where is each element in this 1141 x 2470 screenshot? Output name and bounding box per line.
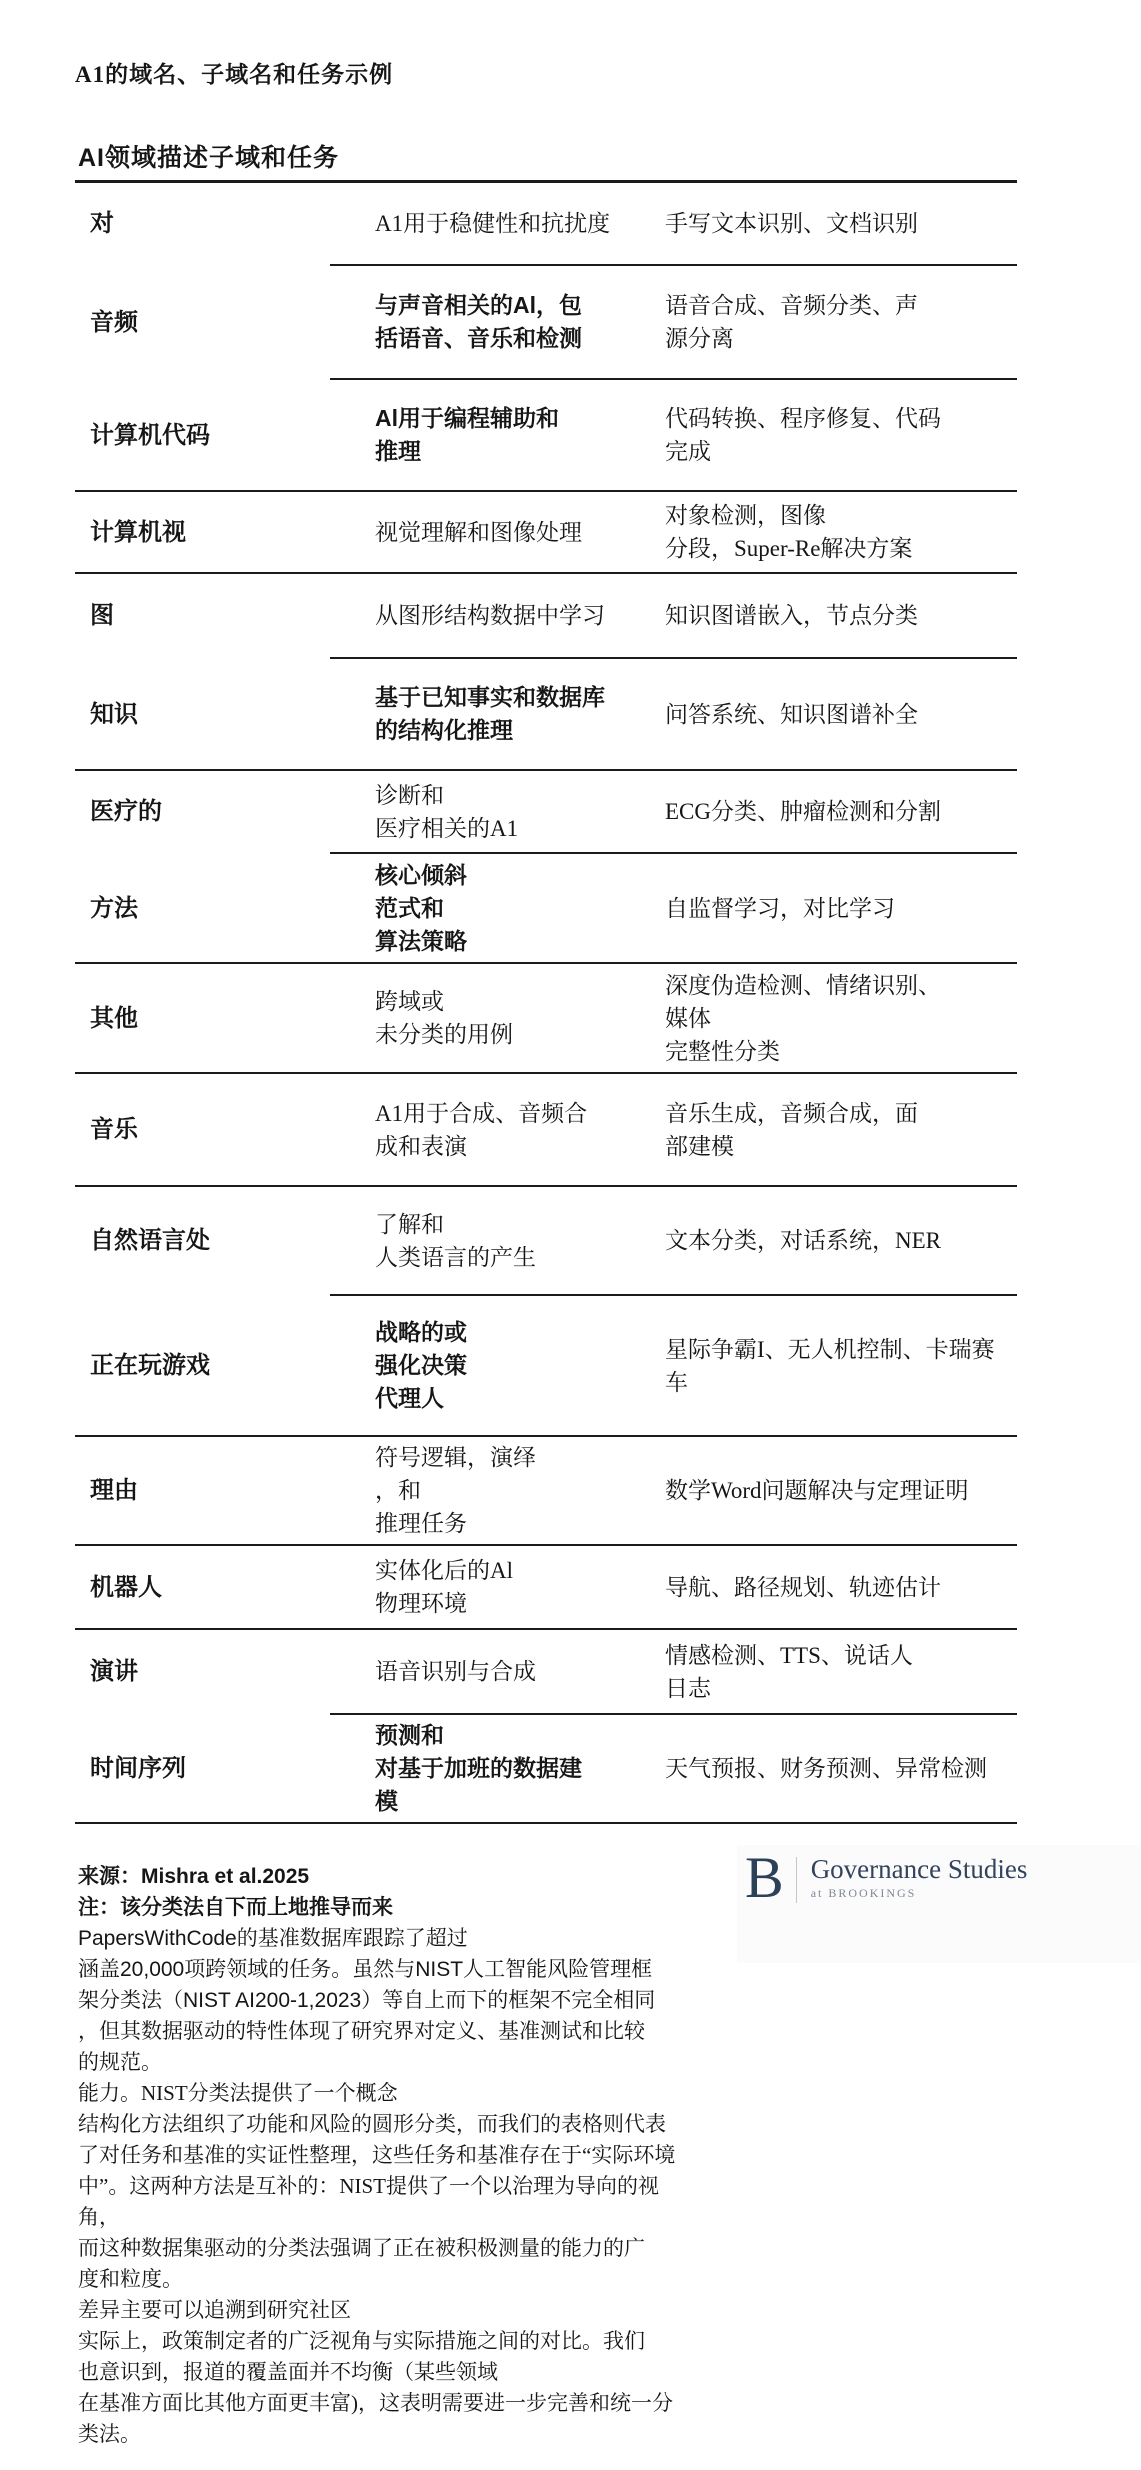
note-line: 差异主要可以追溯到研究社区 [78, 2295, 738, 2326]
description-cell: 实体化后的Al 物理环境 [375, 1550, 665, 1624]
domain-cell: 计算机代码 [75, 415, 375, 456]
logo-subtitle: at BROOKINGS [811, 1886, 1028, 1901]
tasks-cell: 情感检测、TTS、说话人 日志 [665, 1635, 1017, 1709]
page: A1的域名、子域名和任务示例 AI领域描述子域和任务 对 A1用于稳健性和抗扰度… [0, 0, 1141, 2470]
description-cell: A1用于合成、音频合 成和表演 [375, 1093, 665, 1167]
note-line: 度和粒度。 [78, 2264, 738, 2295]
domain-cell: 机器人 [75, 1567, 375, 1608]
table-row: 正在玩游戏 战略的或 强化决策 代理人 星际争霸I、无人机控制、卡瑞赛 车 [75, 1296, 1017, 1435]
description-cell: 战略的或 强化决策 代理人 [375, 1312, 665, 1419]
note-line: 注：该分类法自下而上地推导而来 [78, 1892, 738, 1923]
table-row: 计算机视 视觉理解和图像处理 对象检测，图像 分段，Super-Re解决方案 [75, 492, 1017, 572]
domain-cell: 音乐 [75, 1109, 375, 1150]
domain-cell: 正在玩游戏 [75, 1345, 375, 1386]
note-line: 实际上，政策制定者的广泛视角与实际措施之间的对比。我们 [78, 2326, 738, 2357]
table-row: 自然语言处 了解和 人类语言的产生 文本分类，对话系统，NER [75, 1187, 1017, 1294]
tasks-cell: 文本分类，对话系统，NER [665, 1220, 1017, 1261]
table-header: AI领域描述子域和任务 [78, 138, 339, 174]
brookings-logo: B Governance Studies at BROOKINGS [737, 1845, 1140, 1963]
description-cell: 视觉理解和图像处理 [375, 512, 665, 553]
domain-cell: 时间序列 [75, 1748, 375, 1789]
domain-cell: 理由 [75, 1470, 375, 1511]
tasks-cell: 导航、路径规划、轨迹估计 [665, 1567, 1017, 1608]
domain-cell: 医疗的 [75, 791, 375, 832]
description-cell: A1用于稳健性和抗扰度 [375, 203, 665, 244]
description-cell: 基于已知事实和数据库 的结构化推理 [375, 677, 665, 751]
ai-domains-table: 对 A1用于稳健性和抗扰度 手写文本识别、文档识别 音频 与声音相关的Al，包 … [75, 180, 1017, 1824]
note-line: ，但其数据驱动的特性体现了研究界对定义、基准测试和比较 [78, 2016, 738, 2047]
domain-cell: 知识 [75, 694, 375, 735]
description-cell: 预测和 对基于加班的数据建 模 [375, 1715, 665, 1822]
tasks-cell: 语音合成、音频分类、声 源分离 [665, 285, 1017, 359]
description-cell: 语音识别与合成 [375, 1651, 665, 1692]
table-row: 时间序列 预测和 对基于加班的数据建 模 天气预报、财务预测、异常检测 [75, 1715, 1017, 1822]
description-cell: 核心倾斜 范式和 算法策略 [375, 855, 665, 962]
tasks-cell: 知识图谱嵌入，节点分类 [665, 595, 1017, 636]
domain-cell: 方法 [75, 888, 375, 929]
table-row: 演讲 语音识别与合成 情感检测、TTS、说话人 日志 [75, 1630, 1017, 1713]
note-line: 也意识到，报道的覆盖面并不均衡（某些领域 [78, 2357, 738, 2388]
page-title: A1的域名、子域名和任务示例 [75, 56, 393, 89]
description-cell: 从图形结构数据中学习 [375, 595, 665, 636]
description-cell: 与声音相关的Al，包 括语音、音乐和检测 [375, 285, 665, 359]
note-line: 能力。NIST分类法提供了一个概念 [78, 2078, 738, 2109]
description-cell: 跨域或 未分类的用例 [375, 981, 665, 1055]
tasks-cell: 对象检测，图像 分段，Super-Re解决方案 [665, 495, 1017, 569]
tasks-cell: 天气预报、财务预测、异常检测 [665, 1748, 1017, 1789]
table-row: 方法 核心倾斜 范式和 算法策略 自监督学习，对比学习 [75, 854, 1017, 962]
domain-cell: 自然语言处 [75, 1220, 375, 1261]
note-line: 而这种数据集驱动的分类法强调了正在被积极测量的能力的广 [78, 2233, 738, 2264]
domain-cell: 对 [75, 203, 375, 244]
description-cell: 诊断和 医疗相关的A1 [375, 775, 665, 849]
table-row: 知识 基于已知事实和数据库 的结构化推理 问答系统、知识图谱补全 [75, 659, 1017, 769]
tasks-cell: 星际争霸I、无人机控制、卡瑞赛 车 [665, 1329, 1017, 1403]
table-row: 音频 与声音相关的Al，包 括语音、音乐和检测 语音合成、音频分类、声 源分离 [75, 266, 1017, 378]
table-row: 图 从图形结构数据中学习 知识图谱嵌入，节点分类 [75, 574, 1017, 657]
table-row: 机器人 实体化后的Al 物理环境 导航、路径规划、轨迹估计 [75, 1546, 1017, 1628]
domain-cell: 演讲 [75, 1651, 375, 1692]
logo-divider-line [796, 1857, 797, 1903]
table-row: 对 A1用于稳健性和抗扰度 手写文本识别、文档识别 [75, 183, 1017, 264]
note-line: 类法。 [78, 2419, 738, 2450]
domain-cell: 计算机视 [75, 512, 375, 553]
table-row: 音乐 A1用于合成、音频合 成和表演 音乐生成，音频合成，面 部建模 [75, 1074, 1017, 1185]
tasks-cell: 深度伪造检测、情绪识别、 媒体 完整性分类 [665, 965, 1017, 1072]
note-line: 在基准方面比其他方面更丰富)，这表明需要进一步完善和统一分 [78, 2388, 738, 2419]
table-row: 计算机代码 Al用于编程辅助和 推理 代码转换、程序修复、代码 完成 [75, 380, 1017, 490]
logo-text: Governance Studies at BROOKINGS [811, 1855, 1028, 1901]
note-line: 架分类法（NIST AI200-1,2023）等自上而下的框架不完全相同 [78, 1985, 738, 2016]
table-row: 其他 跨域或 未分类的用例 深度伪造检测、情绪识别、 媒体 完整性分类 [75, 964, 1017, 1072]
domain-cell: 图 [75, 595, 375, 636]
description-cell: Al用于编程辅助和 推理 [375, 398, 665, 472]
tasks-cell: 问答系统、知识图谱补全 [665, 694, 1017, 735]
note-line: PapersWithCode的基准数据库跟踪了超过 [78, 1923, 738, 1954]
table-row: 医疗的 诊断和 医疗相关的A1 ECG分类、肿瘤检测和分割 [75, 771, 1017, 852]
brookings-b-icon: B [745, 1853, 784, 1903]
note-line: 中”。这两种方法是互补的：NIST提供了一个以治理为导向的视 [78, 2171, 738, 2202]
description-cell: 了解和 人类语言的产生 [375, 1204, 665, 1278]
domain-cell: 音频 [75, 302, 375, 343]
logo-title: Governance Studies [811, 1855, 1028, 1883]
tasks-cell: 数学Word问题解决与定理证明 [665, 1470, 1017, 1511]
note-line: 了对任务和基准的实证性整理，这些任务和基准存在于“实际环境 [78, 2140, 738, 2171]
note-line: 的规范。 [78, 2047, 738, 2078]
tasks-cell: 自监督学习，对比学习 [665, 888, 1017, 929]
tasks-cell: 手写文本识别、文档识别 [665, 203, 1017, 244]
note-line: 涵盖20,000项跨领域的任务。虽然与NIST人工智能风险管理框 [78, 1954, 738, 1985]
note-block: 注：该分类法自下而上地推导而来PapersWithCode的基准数据库跟踪了超过… [78, 1892, 738, 2450]
description-cell: 符号逻辑，演绎 ，和 推理任务 [375, 1437, 665, 1544]
source-line: 来源：Mishra et al.2025 [78, 1860, 309, 1890]
table-row: 理由 符号逻辑，演绎 ，和 推理任务 数学Word问题解决与定理证明 [75, 1437, 1017, 1544]
tasks-cell: 代码转换、程序修复、代码 完成 [665, 398, 1017, 472]
note-line: 角， [78, 2202, 738, 2233]
tasks-cell: 音乐生成，音频合成，面 部建模 [665, 1093, 1017, 1167]
domain-cell: 其他 [75, 998, 375, 1039]
tasks-cell: ECG分类、肿瘤检测和分割 [665, 791, 1017, 832]
note-line: 结构化方法组织了功能和风险的圆形分类，而我们的表格则代表 [78, 2109, 738, 2140]
